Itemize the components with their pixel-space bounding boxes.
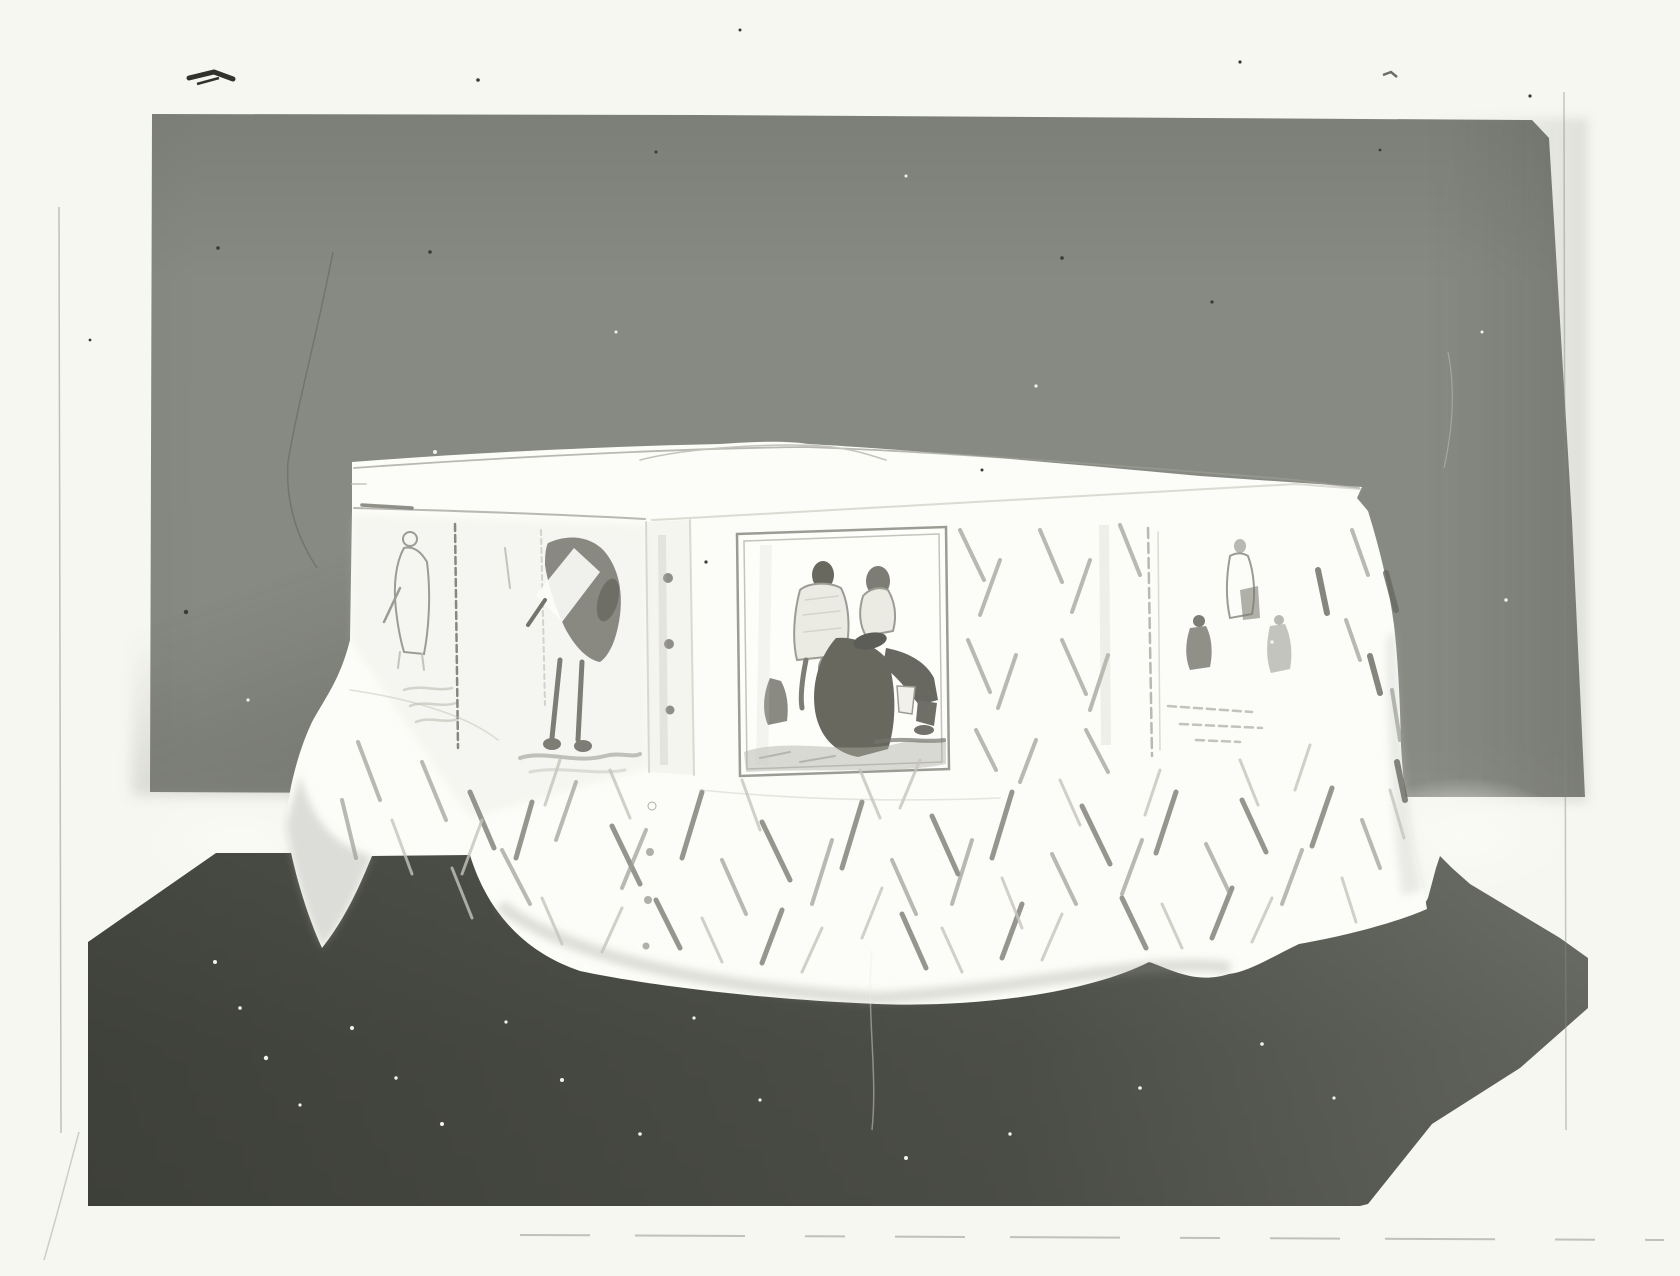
right-edge-line [1564, 92, 1566, 1130]
dust-specks [89, 29, 1532, 1161]
photo-artifacts [0, 0, 1680, 1276]
scratches [44, 252, 1452, 1260]
photo-print [0, 0, 1680, 1276]
corner-mark [189, 72, 1397, 84]
bottom-edge-line [520, 1235, 1664, 1240]
left-edge-line [59, 207, 61, 1133]
border-lines [59, 92, 1664, 1240]
